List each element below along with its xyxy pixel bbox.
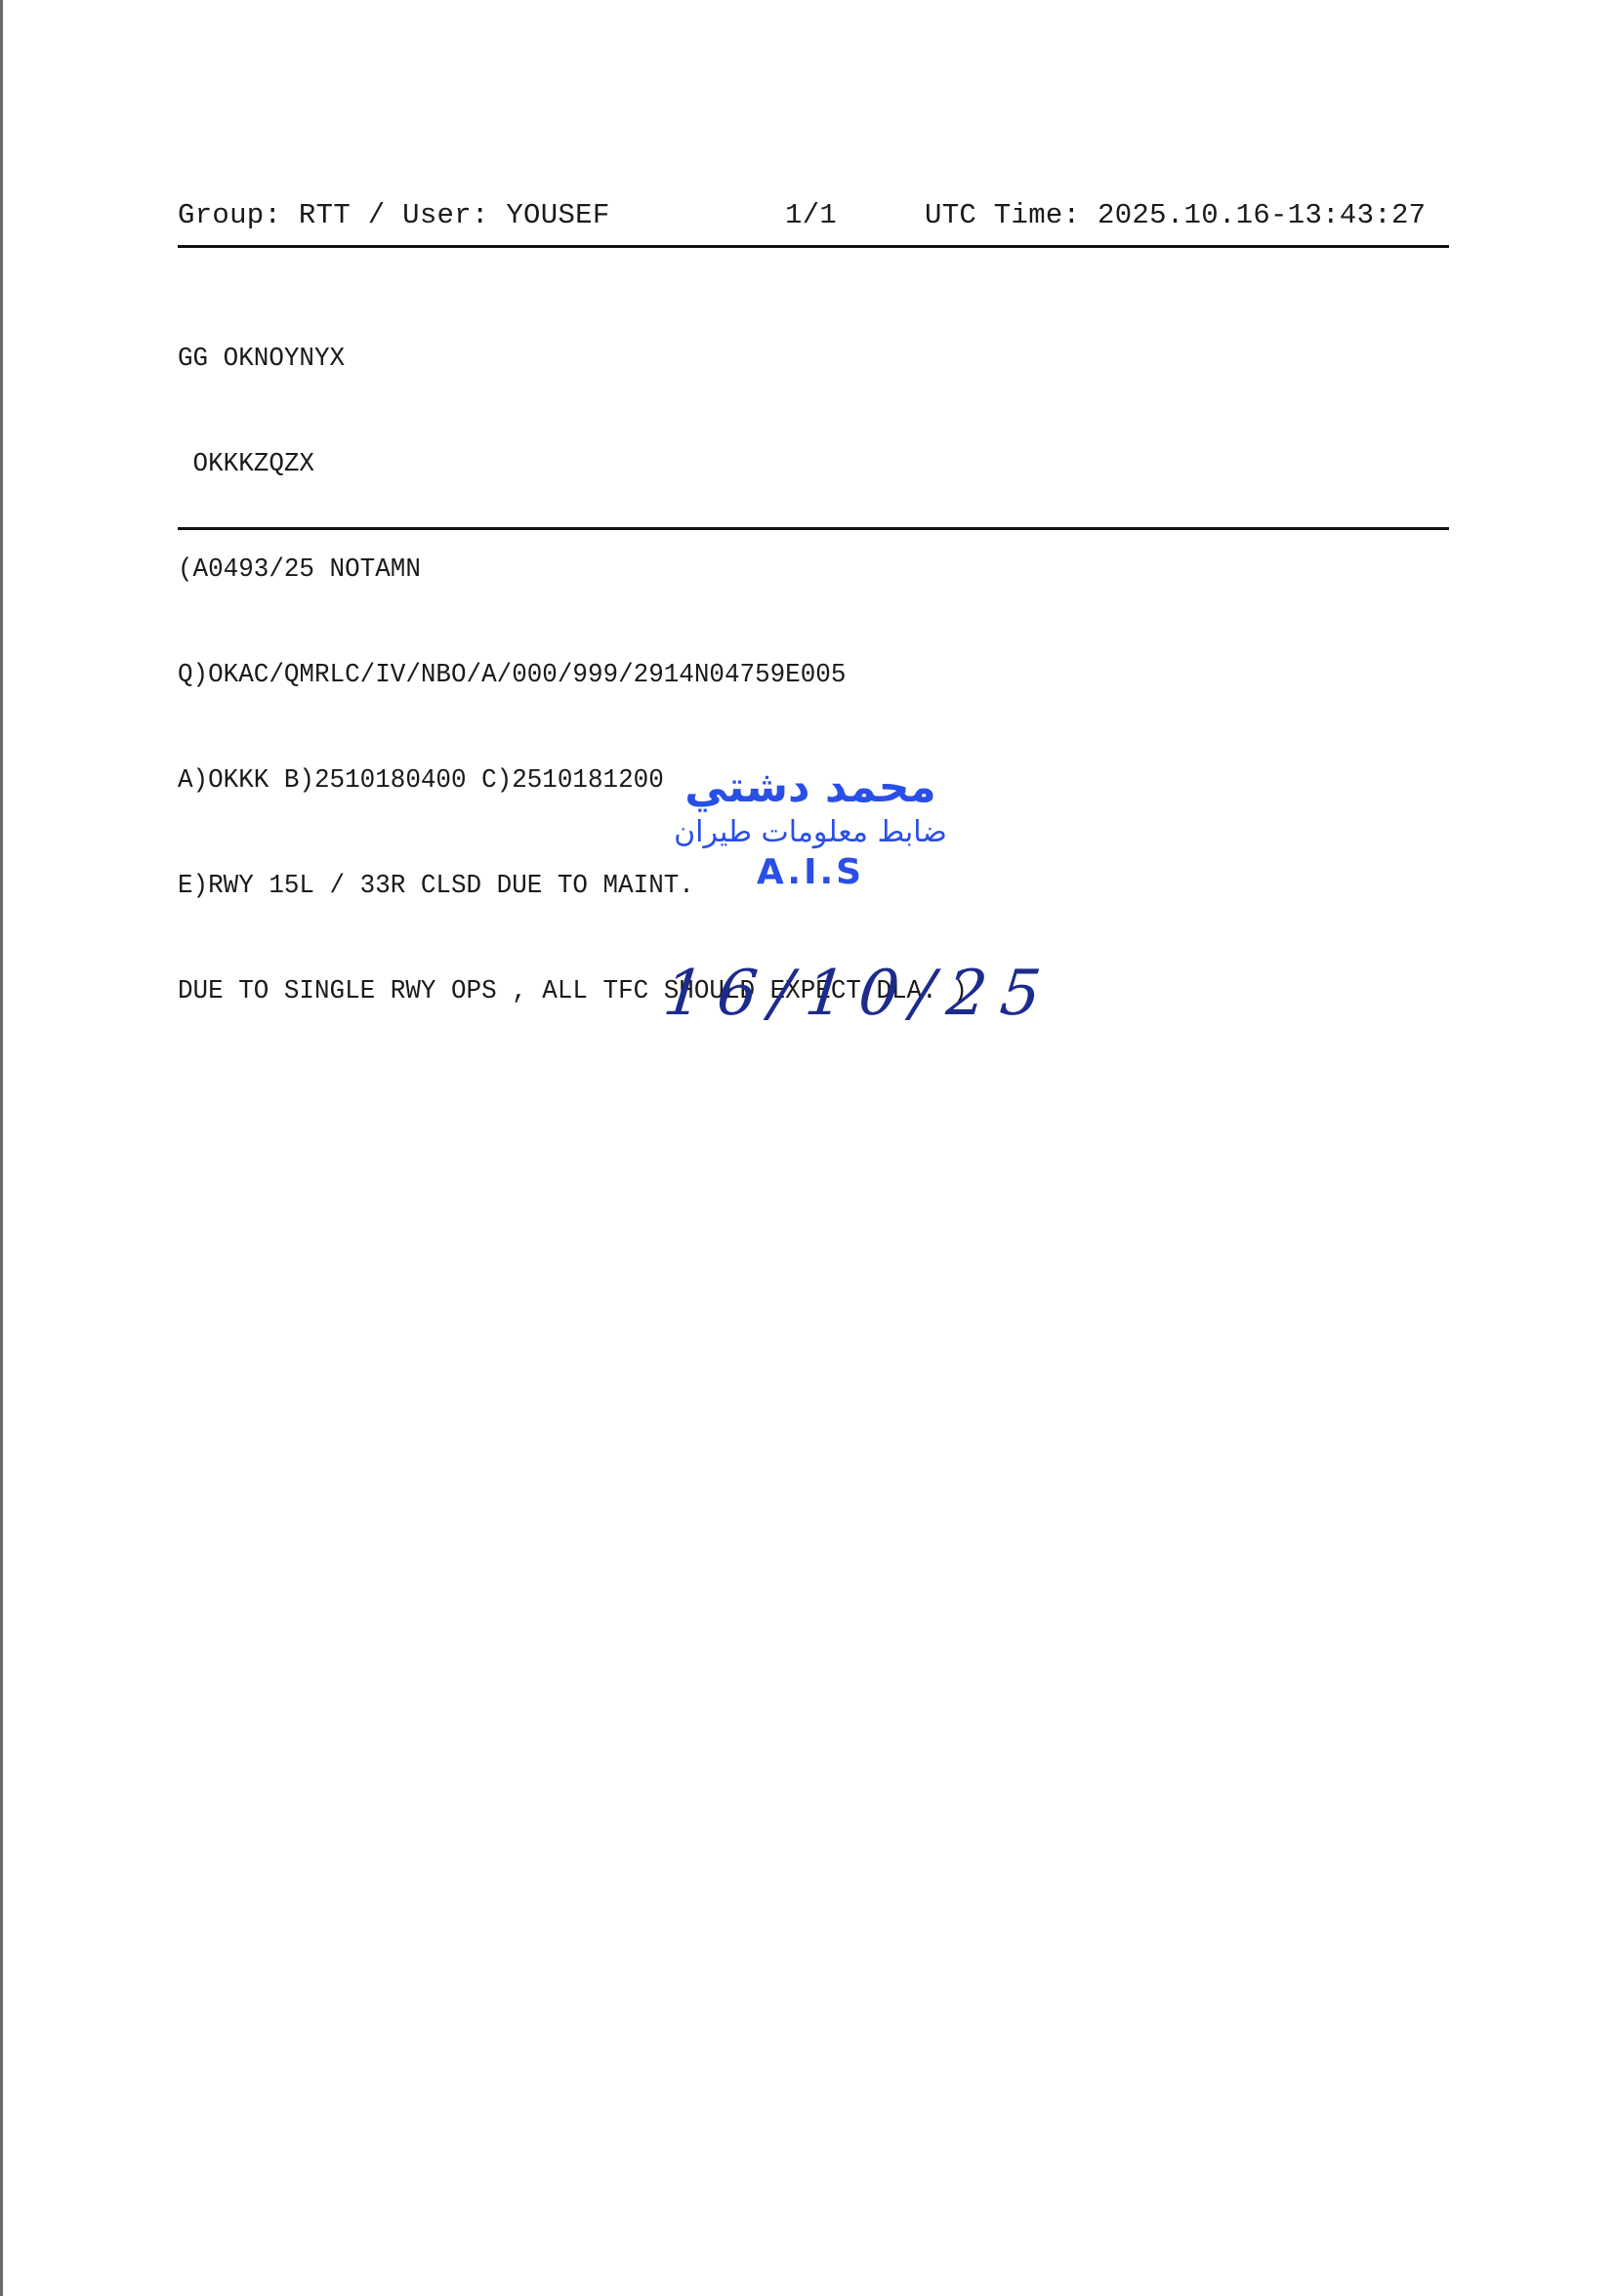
header-divider <box>178 245 1449 248</box>
originator-line: OKKKZQZX <box>178 447 968 482</box>
stamp-officer-name: محمد دشتي <box>625 761 996 814</box>
ais-officer-stamp: محمد دشتي ضابط معلومات طيران A.I.S <box>625 761 996 894</box>
priority-address-line: GG OKNOYNYX <box>178 342 968 377</box>
footer-divider <box>178 527 1449 530</box>
notam-message: GG OKNOYNYX OKKKZQZX (A0493/25 NOTAMN Q)… <box>178 271 968 1045</box>
stamp-officer-title: ضابط معلومات طيران <box>625 814 996 851</box>
q-line: Q)OKAC/QMRLC/IV/NBO/A/000/999/2914N04759… <box>178 658 968 693</box>
notam-id-line: (A0493/25 NOTAMN <box>178 553 968 588</box>
stamp-unit: A.I.S <box>625 851 996 894</box>
handwritten-date: 16/10/25 <box>660 955 1000 1033</box>
scan-edge-border <box>0 0 3 2296</box>
message-header: Group: RTT / User: YOUSEF 1/1 UTC Time: … <box>178 199 1449 234</box>
utc-timestamp: UTC Time: 2025.10.16-13:43:27 <box>925 199 1449 231</box>
group-user-label: Group: RTT / User: YOUSEF <box>178 199 610 231</box>
page-indicator: 1/1 <box>785 199 837 231</box>
